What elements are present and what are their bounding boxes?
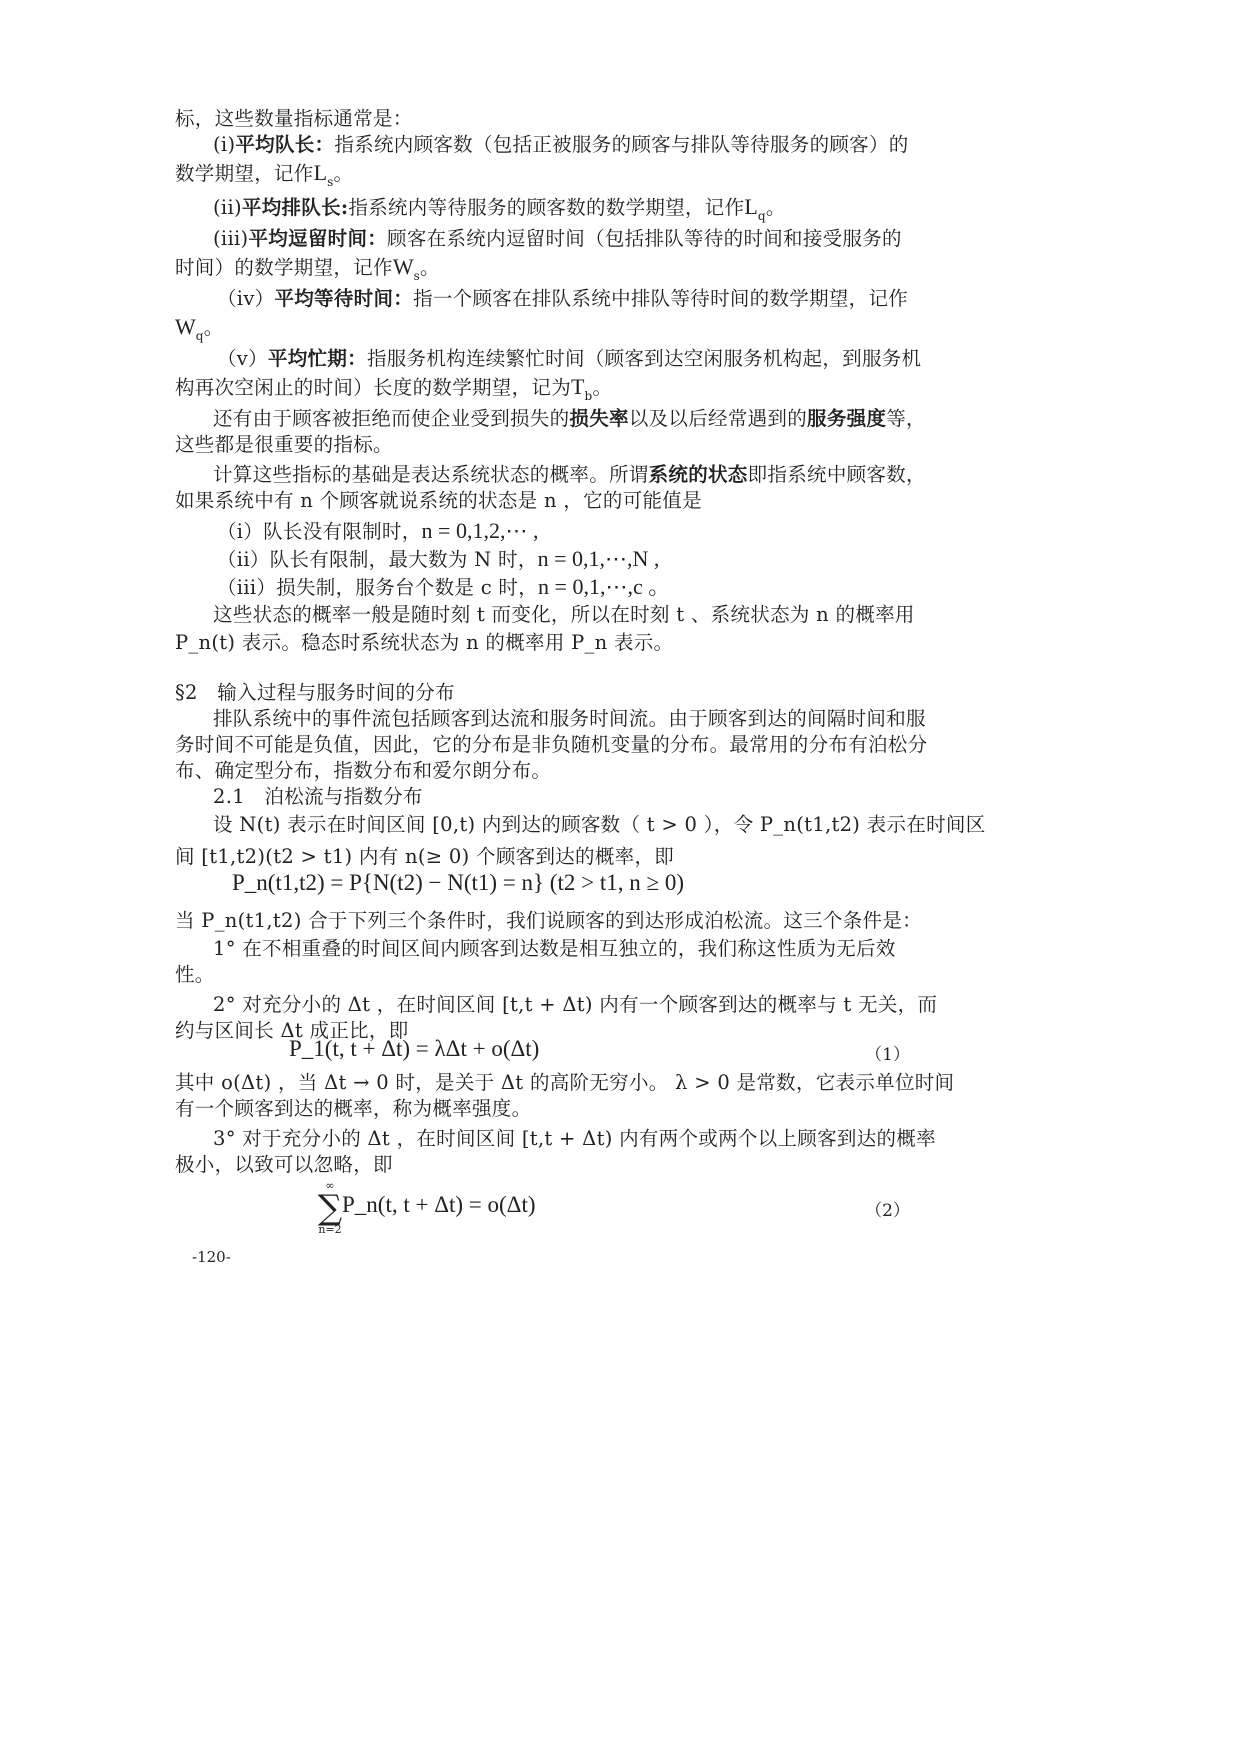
document-page: 标，这些数量指标通常是： (i)平均队长：指系统内顾客数（包括正被服务的顾客与排…: [0, 0, 1241, 1755]
term-bold: 服务强度: [807, 407, 886, 430]
item-average-busy-period: （v）平均忙期：指服务机构连续繁忙时间（顾客到达空闲服务机构起，到服务机: [217, 346, 952, 372]
text-line: 间 [t1,t2)(t2 > t1) 内有 n(≥ 0) 个顾客到达的概率，即: [175, 844, 910, 870]
term-bold: 平均排队长:: [242, 196, 349, 219]
item-text: 顾客在系统内逗留时间（包括排队等待的时间和接受服务的: [387, 227, 902, 250]
math: n = 0,1,⋯,c 。: [538, 574, 670, 599]
condition-2: 2° 对充分小的 Δt ，在时间区间 [t,t + Δt) 内有一个顾客到达的概…: [213, 992, 948, 1018]
text-line: P_n(t) 表示。稳态时系统状态为 n 的概率用 P_n 表示。: [175, 630, 910, 656]
state-case-limited: （ii）队长有限制，最大数为 N 时，n = 0,1,⋯,N ,: [217, 546, 952, 573]
text: （ii）队长有限制，最大数为 N 时，: [217, 548, 538, 571]
symbol: L: [314, 160, 327, 185]
term-bold: 平均忙期：: [268, 347, 367, 370]
text: 等，: [886, 407, 926, 430]
text-line: 当 P_n(t1,t2) 合于下列三个条件时，我们说顾客的到达形成泊松流。这三个…: [175, 908, 910, 934]
math: n = 0,1,⋯,N ,: [538, 546, 660, 571]
symbol: T: [571, 374, 584, 399]
item-average-queue-length: (i)平均队长：指系统内顾客数（包括正被服务的顾客与排队等待服务的顾客）的: [213, 132, 948, 158]
subsection-title: 泊松流与指数分布: [264, 785, 422, 808]
section-title: 输入过程与服务时间的分布: [217, 681, 455, 704]
item-prefix: (i): [213, 133, 235, 156]
item-text: 指一个顾客在排队系统中排队等待时间的数学期望，记作: [413, 287, 908, 310]
text-line: 布、确定型分布，指数分布和爱尔朗分布。: [175, 758, 910, 784]
term-bold: 系统的状态: [649, 463, 748, 486]
term-bold: 平均队长：: [235, 133, 334, 156]
punct: 。: [592, 376, 612, 399]
text: （i）队长没有限制时，: [217, 520, 422, 543]
equation-1: P_1(t, t + Δt) = λΔt + o(Δt): [289, 1036, 539, 1062]
text-line: 这些都是很重要的指标。: [175, 432, 910, 458]
text-line: 时间）的数学期望，记作Ws。: [175, 254, 910, 289]
section-number: §2: [175, 681, 198, 704]
item-text: 指服务机构连续繁忙时间（顾客到达空闲服务机构起，到服务机: [367, 347, 921, 370]
item-prefix: (iii): [213, 227, 248, 250]
punct: 。: [334, 162, 354, 185]
punct: 。: [766, 196, 786, 219]
text-line: 还有由于顾客被拒绝而使企业受到损失的损失率以及以后经常遇到的服务强度等，: [213, 406, 948, 432]
punct: 。: [420, 256, 440, 279]
text: 即指系统中顾客数，: [748, 463, 926, 486]
symbol: L: [744, 194, 757, 219]
math: n = 0,1,2,⋯ ,: [422, 518, 539, 543]
item-average-waiting-queue: (ii)平均排队长:指系统内等待服务的顾客数的数学期望，记作Lq。: [213, 194, 948, 229]
subscript: q: [758, 209, 766, 223]
section-heading: §2 输入过程与服务时间的分布: [175, 680, 910, 706]
text-line: 标，这些数量指标通常是：: [175, 106, 910, 132]
term-bold: 损失率: [569, 407, 628, 430]
equation-poisson-definition: P_n(t1,t2) = P{N(t2) − N(t1) = n} (t2 > …: [232, 870, 684, 896]
punct: 。: [204, 316, 224, 339]
symbol: W: [393, 254, 414, 279]
text-line: 设 N(t) 表示在时间区间 [0,t) 内到达的顾客数（ t > 0 ），令 …: [213, 812, 948, 838]
item-average-waiting-time: （iv）平均等待时间：指一个顾客在排队系统中排队等待时间的数学期望，记作: [217, 286, 952, 312]
item-text: 指系统内等待服务的顾客数的数学期望，记作: [348, 196, 744, 219]
text: 还有由于顾客被拒绝而使企业受到损失的: [213, 407, 569, 430]
state-case-unlimited: （i）队长没有限制时，n = 0,1,2,⋯ ,: [217, 518, 952, 545]
symbol: W: [175, 314, 196, 339]
item-prefix: (ii): [213, 196, 242, 219]
text-line: 数学期望，记作Ls。: [175, 160, 910, 195]
text-line: 排队系统中的事件流包括顾客到达流和服务时间流。由于顾客到达的间隔时间和服: [213, 706, 948, 732]
text-line: 计算这些指标的基础是表达系统状态的概率。所谓系统的状态即指系统中顾客数，: [213, 462, 948, 488]
subscript: q: [196, 329, 204, 343]
item-prefix: （v）: [217, 347, 268, 370]
text-line: 务时间不可能是负值，因此，它的分布是非负随机变量的分布。最常用的分布有泊松分: [175, 732, 910, 758]
text-line: 约与区间长 Δt 成正比，即: [175, 1018, 910, 1044]
state-case-loss: （iii）损失制，服务台个数是 c 时，n = 0,1,⋯,c 。: [217, 574, 952, 601]
equation-number-2: （2）: [865, 1196, 910, 1221]
text: 构再次空闲止的时间）长度的数学期望，记为: [175, 376, 571, 399]
page-number: -120-: [192, 1248, 231, 1266]
term-bold: 平均等待时间：: [274, 287, 413, 310]
equation-2: P_n(t, t + Δt) = o(Δt): [342, 1192, 536, 1218]
subsection-number: 2.1: [213, 785, 245, 808]
term-bold: 平均逗留时间：: [248, 227, 387, 250]
text-line: 这些状态的概率一般是随时刻 t 而变化，所以在时刻 t 、系统状态为 n 的概率…: [213, 602, 948, 628]
condition-3: 3° 对于充分小的 Δt ，在时间区间 [t,t + Δt) 内有两个或两个以上…: [213, 1126, 948, 1152]
text: 以及以后经常遇到的: [629, 407, 807, 430]
equation-number-1: （1）: [865, 1040, 910, 1065]
text-line: 如果系统中有 n 个顾客就说系统的状态是 n ，它的可能值是: [175, 488, 910, 514]
condition-1: 1° 在不相重叠的时间区间内顾客到达数是相互独立的，我们称这性质为无后效: [213, 936, 948, 962]
text-line: 其中 o(Δt) ，当 Δt → 0 时，是关于 Δt 的高阶无穷小。 λ > …: [175, 1070, 910, 1096]
item-text: 指系统内顾客数（包括正被服务的顾客与排队等待服务的顾客）的: [334, 133, 908, 156]
text-line: 性。: [175, 962, 910, 988]
text-line: 有一个顾客到达的概率，称为概率强度。: [175, 1096, 910, 1122]
subsection-heading: 2.1 泊松流与指数分布: [213, 784, 948, 810]
text-line: 极小，以致可以忽略，即: [175, 1152, 910, 1178]
text: 数学期望，记作: [175, 162, 314, 185]
text-line: 构再次空闲止的时间）长度的数学期望，记为Tb。: [175, 374, 910, 409]
text-line: Wq。: [175, 314, 910, 349]
text: 时间）的数学期望，记作: [175, 256, 393, 279]
text: 计算这些指标的基础是表达系统状态的概率。所谓: [213, 463, 649, 486]
item-prefix: （iv）: [217, 287, 274, 310]
item-average-sojourn-time: (iii)平均逗留时间：顾客在系统内逗留时间（包括排队等待的时间和接受服务的: [213, 226, 948, 252]
text: （iii）损失制，服务台个数是 c 时，: [217, 576, 538, 599]
